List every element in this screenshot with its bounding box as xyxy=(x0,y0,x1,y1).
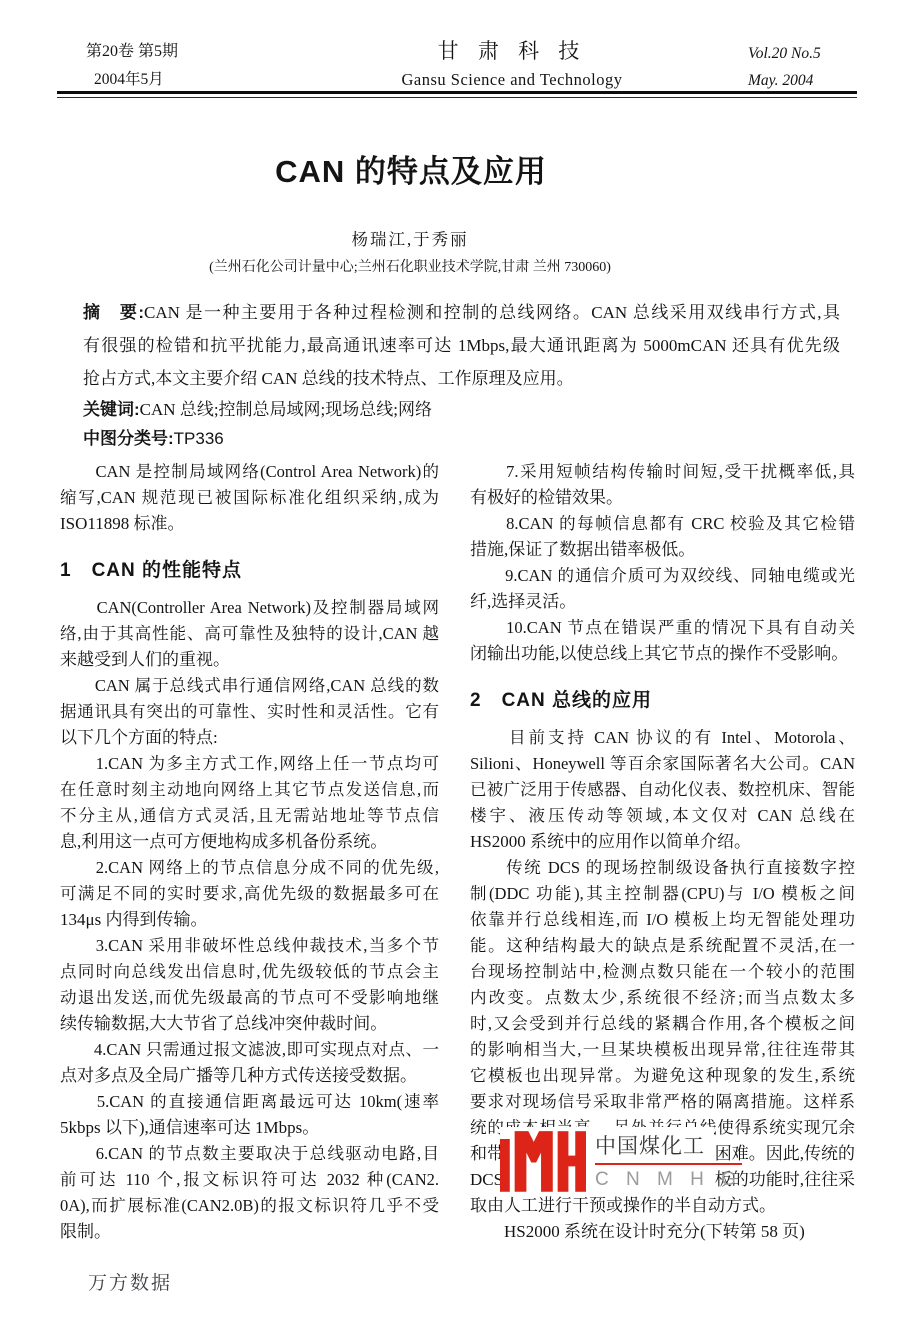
masthead-rule-thick xyxy=(57,91,857,94)
abstract-label: 摘 要: xyxy=(83,303,144,322)
journal-name-en: Gansu Science and Technology xyxy=(312,66,712,94)
text-line: 4.CAN 只需通过报文滤波,即可实现点对点、一 xyxy=(60,1037,439,1063)
fragment-left: 和带 xyxy=(470,1141,504,1167)
paper-title: CAN 的特点及应用 xyxy=(0,146,822,191)
text-line: 点对多点及全局广播等几种方式传送接受数据。 xyxy=(60,1063,439,1089)
text-line: 不分主从,通信方式灵活,且无需站地址等节点信 xyxy=(60,803,439,829)
text-line: 6.CAN 的节点数主要取决于总线驱动电路,目 xyxy=(60,1141,439,1167)
text-line: 5.CAN 的直接通信距离最远可达 10km(速率 xyxy=(60,1089,439,1115)
text-line: CAN 是控制局域网络(Control Area Network)的 xyxy=(60,459,439,485)
text-line: 取由人工进行干预或操作的半自动方式。 xyxy=(470,1193,855,1219)
authors: 杨瑞江,于秀丽 xyxy=(0,226,820,250)
text-line: CAN 属于总线式串行通信网络,CAN 总线的数 xyxy=(60,673,439,699)
text-line: 纤,选择灵活。 xyxy=(470,589,855,615)
text-line: 10.CAN 节点在错误严重的情况下具有自动关 xyxy=(470,615,855,641)
text-line: 2.CAN 网络上的节点信息分成不同的优先级, xyxy=(60,855,439,881)
text-line: 能。这种结构最大的缺点是系统配置不灵活,在一 xyxy=(470,933,855,959)
text-line: 传统 DCS 的现场控制级设备执行直接数字控 xyxy=(470,855,855,881)
journal-page: 第20卷 第5期 2004年5月 甘 肃 科 技 Gansu Science a… xyxy=(0,0,904,1320)
coal-chem-logo-icon xyxy=(500,1129,586,1192)
text-line: 9.CAN 的通信介质可为双绞线、同轴电缆或光 xyxy=(470,563,855,589)
text-line: 据通讯具有突出的可靠性、实时性和灵活性。它有 xyxy=(60,699,439,725)
abstract-block: 摘 要:CAN 是一种主要用于各种过程检测和控制的总线网络。CAN 总线采用双线… xyxy=(83,296,840,453)
text-line: 续传输数据,大大节省了总线冲突仲裁时间。 xyxy=(60,1011,439,1037)
date-en: May. 2004 xyxy=(748,67,821,94)
text-line: 息,利用这一点可方便地构成多机备份系统。 xyxy=(60,829,439,855)
keywords-label: 关键词: xyxy=(83,400,140,419)
text-line: 目前支持 CAN 协议的有 Intel、Motorola、NEC、 xyxy=(470,725,855,751)
text-line: 8.CAN 的每帧信息都有 CRC 校验及其它检错 xyxy=(470,511,855,537)
text-line: 134μs 内得到传输。 xyxy=(60,907,439,933)
abstract-line: 抢占方式,本文主要介绍 CAN 总线的技术特点、工作原理及应用。 xyxy=(83,362,840,395)
masthead-rule-thin xyxy=(57,97,857,98)
text-line: 有极好的检错效果。 xyxy=(470,485,855,511)
section-heading: 2 CAN 总线的应用 xyxy=(470,687,855,715)
text-line: CAN(Controller Area Network)及控制器局域网 xyxy=(60,595,439,621)
text-line: 在任意时刻主动地向网络上其它节点发送信息,而 xyxy=(60,777,439,803)
text-line: 1.CAN 为多主方式工作,网络上任一节点均可 xyxy=(60,751,439,777)
text-line: 的影响相当大,一旦某块模板出现异常,往往连带其 xyxy=(470,1037,855,1063)
left-column: CAN 是控制局域网络(Control Area Network)的缩写,CAN… xyxy=(60,459,439,1245)
cnmhg-watermark: 中国煤化工 C N M H G xyxy=(500,1127,714,1195)
text-line: 0A),而扩展标准(CAN2.0B)的报文标识符几乎不受 xyxy=(60,1193,439,1219)
text-line: 它模板也出现异常。为避免这种现象的发生,系统 xyxy=(470,1063,855,1089)
text-line: 台现场控制站中,检测点数只能在一个较小的范围 xyxy=(470,959,855,985)
keywords-text: CAN 总线;控制总局域网;现场总线;网络 xyxy=(140,400,432,419)
text-line: 闭输出功能,以使总线上其它节点的操作不受影响。 xyxy=(470,641,855,667)
text-line: 要求对现场信号采取非常严格的隔离措施。这样系 xyxy=(470,1089,855,1115)
clc-value: TP336 xyxy=(174,429,224,448)
fragment-left: DCS xyxy=(470,1167,503,1193)
text-line: 内改变。点数太少,系统很不经济;而当点数太多 xyxy=(470,985,855,1011)
text-line: 点同时向总线发出信息时,优先级较低的节点会主 xyxy=(60,959,439,985)
text-line: Silioni、Honeywell 等百余家国际著名大公司。CAN xyxy=(470,751,855,777)
text-line: 措施,保证了数据出错率极低。 xyxy=(470,537,855,563)
issue-date: 2004年5月 xyxy=(86,66,178,94)
text-line: 限制。 xyxy=(60,1219,439,1245)
text-line: 3.CAN 采用非破坏性总线仲裁技术,当多个节 xyxy=(60,933,439,959)
volume-issue: 第20卷 第5期 xyxy=(86,38,178,66)
affiliation: (兰州石化公司计量中心;兰州石化职业技术学院,甘肃 兰州 730060) xyxy=(0,256,820,276)
text-line: HS2000 系统中的应用作以简单介绍。 xyxy=(470,829,855,855)
volume-info-en: Vol.20 No.5 May. 2004 xyxy=(748,40,821,94)
watermark-text: 中国煤化工 C N M H G xyxy=(595,1127,742,1191)
watermark-name-cn: 中国煤化工 xyxy=(595,1130,742,1165)
text-line: HS2000 系统在设计时充分(下转第 58 页) xyxy=(470,1219,855,1245)
journal-name: 甘 肃 科 技 Gansu Science and Technology xyxy=(312,36,712,94)
text-line: 缩写,CAN 规范现已被国际标准化组织采纳,成为 xyxy=(60,485,439,511)
text-line: 时,又会受到并行总线的紧耦合作用,各个模板之间 xyxy=(470,1011,855,1037)
keywords-line: 关键词:CAN 总线;控制总局域网;现场总线;网络 xyxy=(83,395,840,424)
text-line: 可满足不同的实时要求,高优先级的数据最多可在 xyxy=(60,881,439,907)
text-line: ISO11898 标准。 xyxy=(60,511,439,537)
section-heading: 1 CAN 的性能特点 xyxy=(60,557,439,585)
wanfang-data-mark: 万方数据 xyxy=(88,1268,172,1295)
text-line: 7.采用短帧结构传输时间短,受干扰概率低,具 xyxy=(470,459,855,485)
clc-line: 中图分类号:TP336 xyxy=(83,424,840,453)
text-line: 来越受到人们的重视。 xyxy=(60,647,439,673)
text-line: 楼宇、液压传动等领域,本文仅对 CAN 总线在 xyxy=(470,803,855,829)
abstract-line: 有很强的检错和抗平扰能力,最高通讯速率可达 1Mbps,最大通讯距离为 5000… xyxy=(83,329,840,362)
issue-info: 第20卷 第5期 2004年5月 xyxy=(86,38,178,94)
abstract-line: 摘 要:CAN 是一种主要用于各种过程检测和控制的总线网络。CAN 总线采用双线… xyxy=(83,296,840,329)
text-line: 络,由于其高性能、高可靠性及独特的设计,CAN 越 xyxy=(60,621,439,647)
text-line: 依靠并行总线相连,而 I/O 模板上均无智能处理功 xyxy=(470,907,855,933)
text-line: 制(DDC 功能),其主控制器(CPU)与 I/O 模板之间 xyxy=(470,881,855,907)
volume-en: Vol.20 No.5 xyxy=(748,40,821,67)
clc-label: 中图分类号: xyxy=(83,429,174,448)
text-line: 动退出发送,而优先级最高的节点可不受影响地继 xyxy=(60,985,439,1011)
text-line: 5kbps 以下),通信速率可达 1Mbps。 xyxy=(60,1115,439,1141)
abstract-text: CAN 是一种主要用于各种过程检测和控制的总线网络。CAN 总线采用双线串行方式… xyxy=(144,303,840,322)
watermark-name-en: C N M H G xyxy=(595,1169,742,1191)
text-line: 以下几个方面的特点: xyxy=(60,725,439,751)
text-line: 前可达 110 个,报文标识符可达 2032 种(CAN2. xyxy=(60,1167,439,1193)
journal-name-cn: 甘 肃 科 技 xyxy=(312,36,712,66)
text-line: 已被广泛用于传感器、自动化仪表、数控机床、智能 xyxy=(470,777,855,803)
